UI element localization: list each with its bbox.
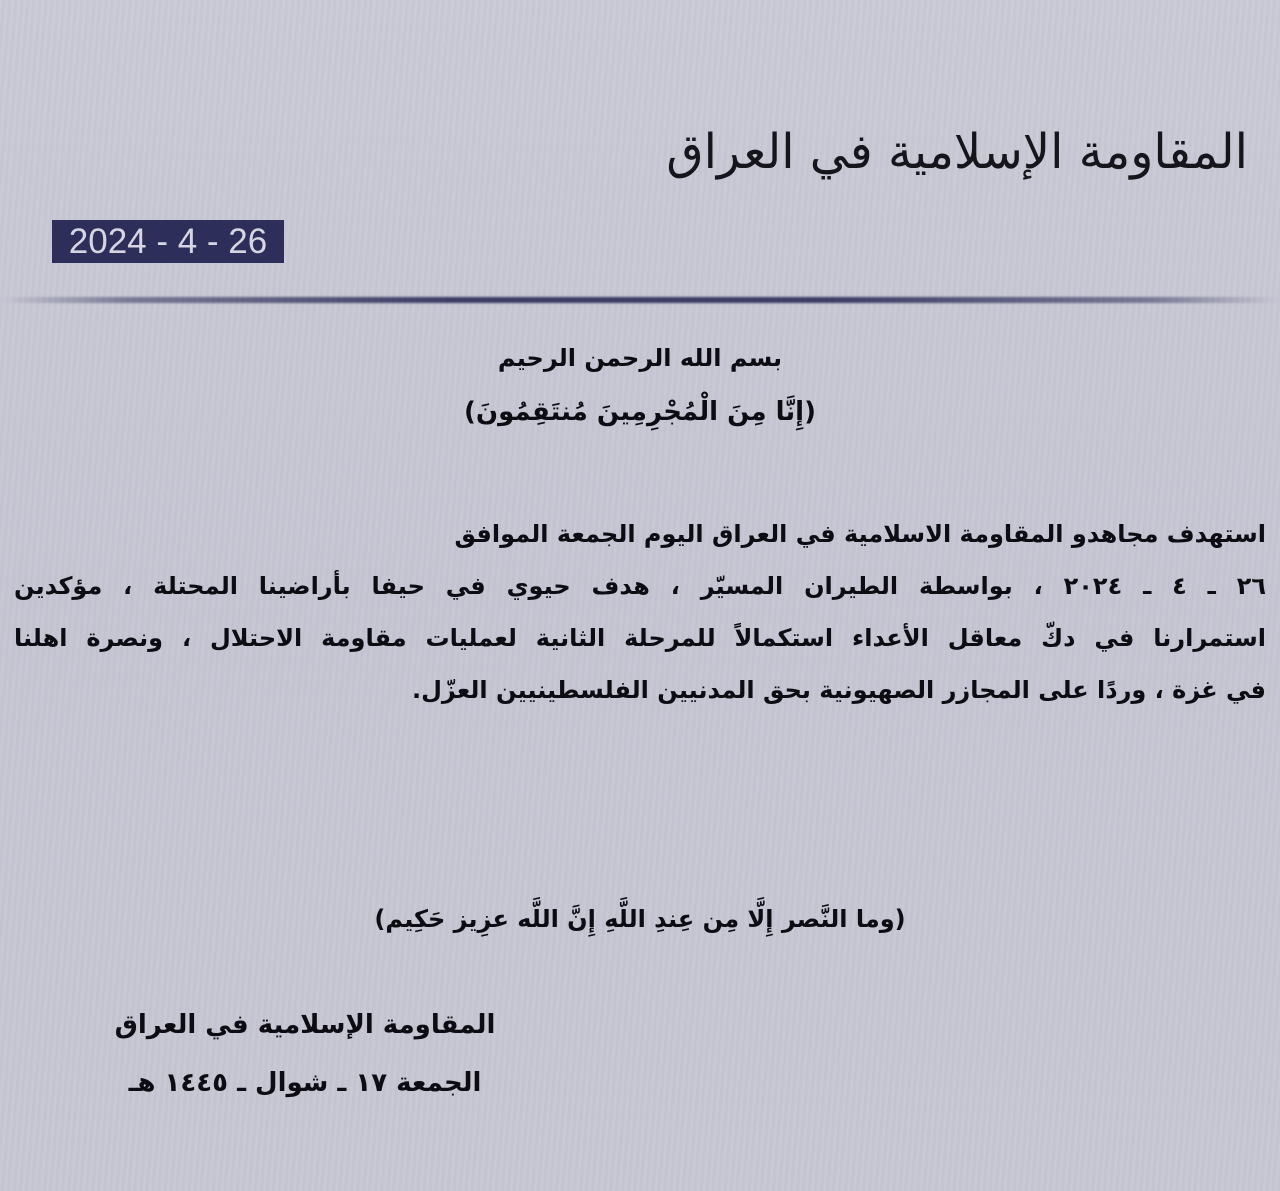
body-line-1: استهدف مجاهدو المقاومة الاسلامية في العر… — [14, 508, 1266, 560]
date-badge: 2024 - 4 - 26 — [52, 220, 284, 263]
signature-hijri-date: الجمعة ١٧ ـ شوال ـ ١٤٤٥ هـ — [90, 1054, 520, 1112]
body-line-4: في غزة ، وردًا على المجازر الصهيونية بحق… — [14, 664, 1266, 716]
basmala-heading: بسم الله الرحمن الرحيم — [0, 336, 1280, 380]
signature-block: المقاومة الإسلامية في العراق الجمعة ١٧ ـ… — [90, 996, 520, 1112]
body-line-2: ٢٦ ـ ٤ ـ ٢٠٢٤ ، بواسطة الطيران المسيّر ،… — [14, 560, 1266, 612]
body-line-3: استمرارنا في دكّ معاقل الأعداء استكمالاً… — [14, 612, 1266, 664]
organization-logo-calligraphy: المقاومة الإسلامية في العراق — [666, 112, 1248, 192]
opening-verse: (إِنَّا مِنَ الْمُجْرِمِينَ مُنتَقِمُونَ… — [0, 388, 1280, 436]
statement-page: المقاومة الإسلامية في العراق 2024 - 4 - … — [0, 0, 1280, 1191]
signature-organization: المقاومة الإسلامية في العراق — [90, 996, 520, 1054]
header-divider — [0, 297, 1280, 303]
statement-body: استهدف مجاهدو المقاومة الاسلامية في العر… — [14, 508, 1266, 716]
closing-verse: (وما النَّصر إِلَّا مِن عِندِ اللَّهِ إِ… — [300, 896, 980, 942]
